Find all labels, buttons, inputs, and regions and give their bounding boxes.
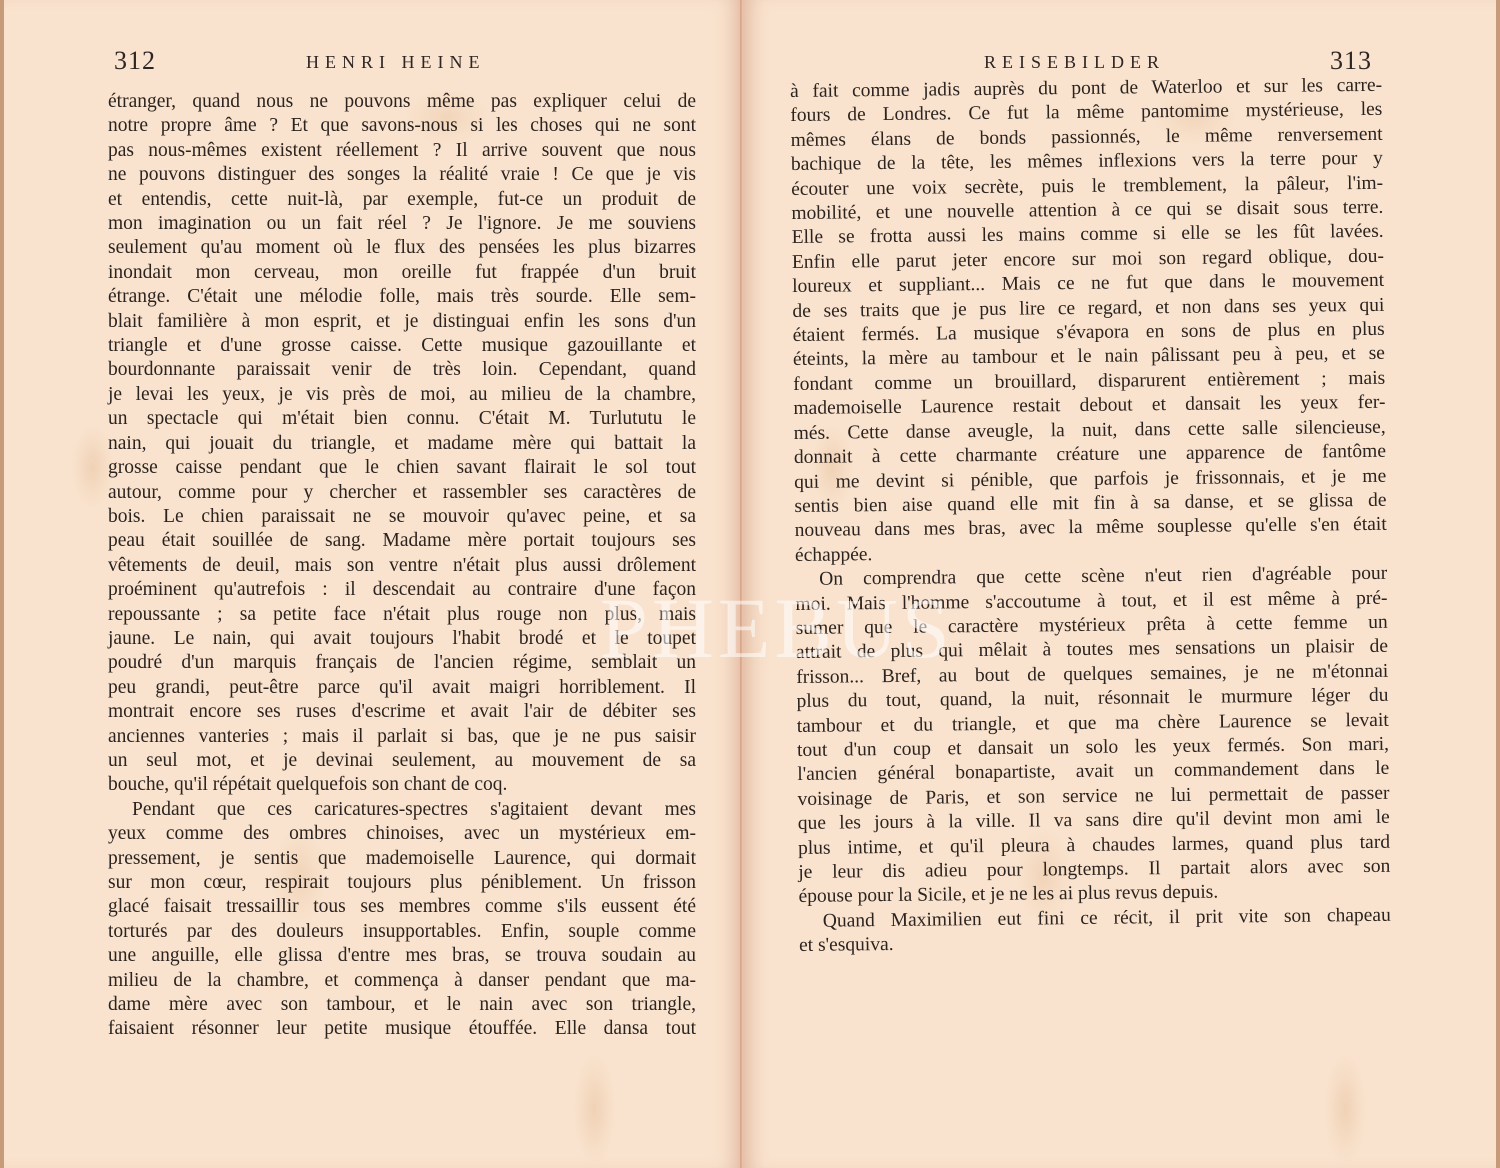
text-line: étrange. C'était une mélodie folle, mais…	[108, 285, 696, 309]
text-line: mon imagination ou un fait réel ? Je l'i…	[108, 212, 696, 236]
text-line: bourdonnante paraissait venir de très lo…	[108, 358, 696, 382]
running-head: HENRI HEINE	[306, 52, 485, 73]
text-line: autour, comme pour y chercher et rassemb…	[108, 481, 696, 505]
text-line: inondait mon cerveau, mon oreille fut fr…	[108, 261, 696, 285]
text-line: grosse caisse pendant que le chien savan…	[108, 456, 696, 480]
running-head: REISEBILDER	[984, 52, 1165, 73]
body-text: étranger, quand nous ne pouvons même pas…	[108, 90, 696, 1042]
text-line: pas nous-mêmes existent réellement ? Il …	[108, 139, 696, 163]
text-line: Pendant que ces caricatures-spectres s'a…	[108, 798, 696, 822]
text-line: ne pouvons distinguer des songes la réal…	[108, 163, 696, 187]
text-line: vêtements de deuil, mais son ventre n'ét…	[108, 554, 696, 578]
text-line: nain, qui jouait du triangle, et madame …	[108, 432, 696, 456]
text-line: torturés par des douleurs insupportables…	[108, 920, 696, 944]
text-line: yeux comme des ombres chinoises, avec un…	[108, 822, 696, 846]
text-line: repoussante ; sa petite face n'était plu…	[108, 603, 696, 627]
text-line: anciennes vanteries ; mais il parlait si…	[108, 725, 696, 749]
text-line: jaune. Le nain, qui avait toujours l'hab…	[108, 627, 696, 651]
page-number: 312	[114, 46, 156, 76]
right-page: REISEBILDER 313 à fait comme jadis auprè…	[742, 0, 1500, 1168]
text-line: poudré d'un marquis français de l'ancien…	[108, 651, 696, 675]
text-line: blait familière à mon esprit, et je dist…	[108, 310, 696, 334]
text-line: une anguille, elle glissa d'entre mes br…	[108, 944, 696, 968]
text-line: proéminent qu'autrefois : il descendait …	[108, 578, 696, 602]
text-line: seulement qu'au moment où le flux des pe…	[108, 236, 696, 260]
text-line: un spectacle qui m'était bien connu. C'é…	[108, 407, 696, 431]
text-line: bouche, qu'il répétait quelquefois son c…	[108, 773, 696, 797]
text-line: pressement, je sentis que mademoiselle L…	[108, 847, 696, 871]
text-line: étranger, quand nous ne pouvons même pas…	[108, 90, 696, 114]
text-line: bois. Le chien paraissait ne se mouvoir …	[108, 505, 696, 529]
text-line: triangle et d'une grosse caisse. Cette m…	[108, 334, 696, 358]
text-line: et s'esquiva.	[799, 928, 1391, 959]
text-line: sur mon cœur, respirait toujours plus pé…	[108, 871, 696, 895]
book-spread: 312 HENRI HEINE étranger, quand nous ne …	[0, 0, 1500, 1168]
left-page: 312 HENRI HEINE étranger, quand nous ne …	[0, 0, 742, 1168]
text-line: peu grandi, peut-être parce qu'il avait …	[108, 676, 696, 700]
body-text: à fait comme jadis auprès du pont de Wat…	[790, 74, 1391, 959]
text-line: et entendis, cette nuit-là, par exemple,…	[108, 188, 696, 212]
text-line: un seul mot, et je devinai seulement, au…	[108, 749, 696, 773]
text-line: glacé faisait tressaillir tous ses membr…	[108, 895, 696, 919]
page-number: 313	[1330, 46, 1372, 76]
text-line: montrait encore ses ruses d'escrime et a…	[108, 700, 696, 724]
text-line: dame mère avec son tambour, et le nain a…	[108, 993, 696, 1017]
text-line: milieu de la chambre, et commença à dans…	[108, 969, 696, 993]
text-line: je levai les yeux, je vis près de moi, a…	[108, 383, 696, 407]
text-line: faisaient résonner leur petite musique é…	[108, 1017, 696, 1041]
text-line: peau était souillée de sang. Madame mère…	[108, 529, 696, 553]
text-line: notre propre âme ? Et que savons-nous si…	[108, 114, 696, 138]
